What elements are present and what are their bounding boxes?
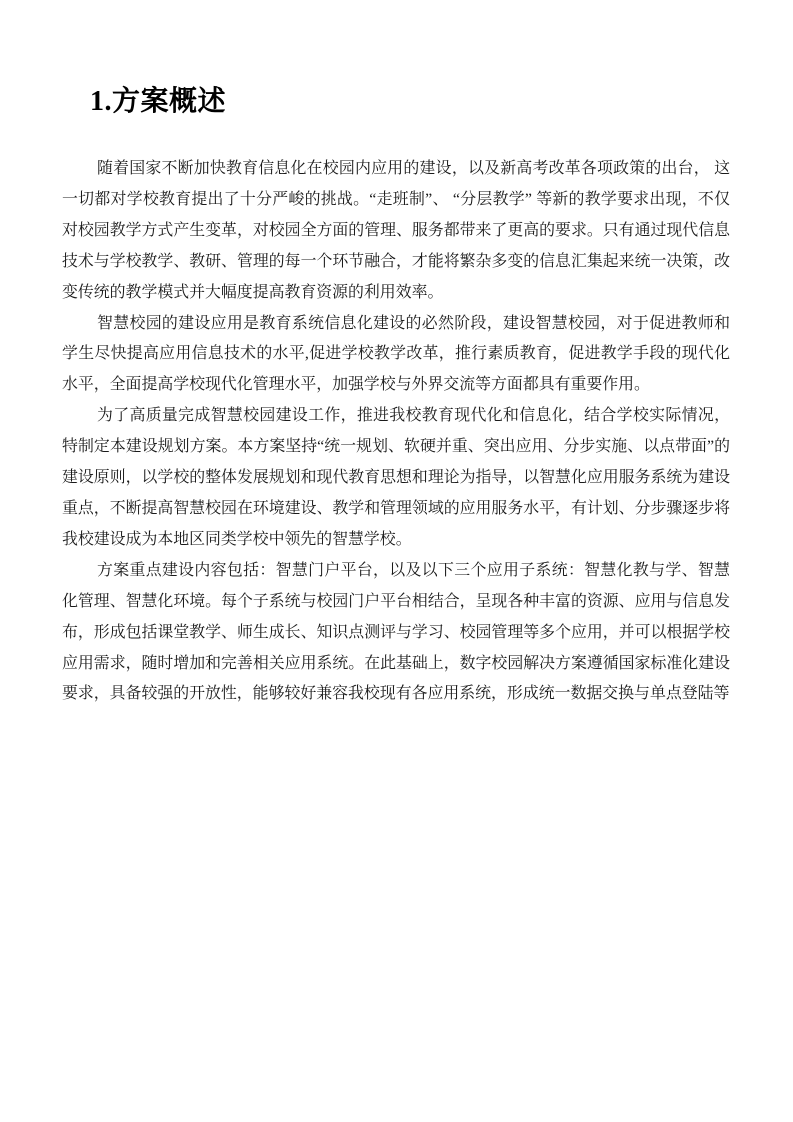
paragraph-key-content: 方案重点建设内容包括：智慧门户平台，以及以下三个应用子系统：智慧化教与学、智慧化… — [62, 556, 730, 711]
paragraph-smart-campus-significance: 智慧校园的建设应用是教育系统信息化建设的必然阶段，建设智慧校园，对于促进教师和学… — [62, 309, 730, 402]
document-body: 随着国家不断加快教育信息化在校园内应用的建设，以及新高考改革各项政策的出台， 这… — [62, 154, 730, 710]
section-heading: 1.方案概述 — [90, 86, 226, 117]
paragraph-intro-challenges: 随着国家不断加快教育信息化在校园内应用的建设，以及新高考改革各项政策的出台， 这… — [62, 154, 730, 309]
document-page: 1.方案概述 随着国家不断加快教育信息化在校园内应用的建设，以及新高考改革各项政… — [0, 0, 793, 1122]
paragraph-construction-principles: 为了高质量完成智慧校园建设工作，推进我校教育现代化和信息化，结合学校实际情况，特… — [62, 401, 730, 556]
